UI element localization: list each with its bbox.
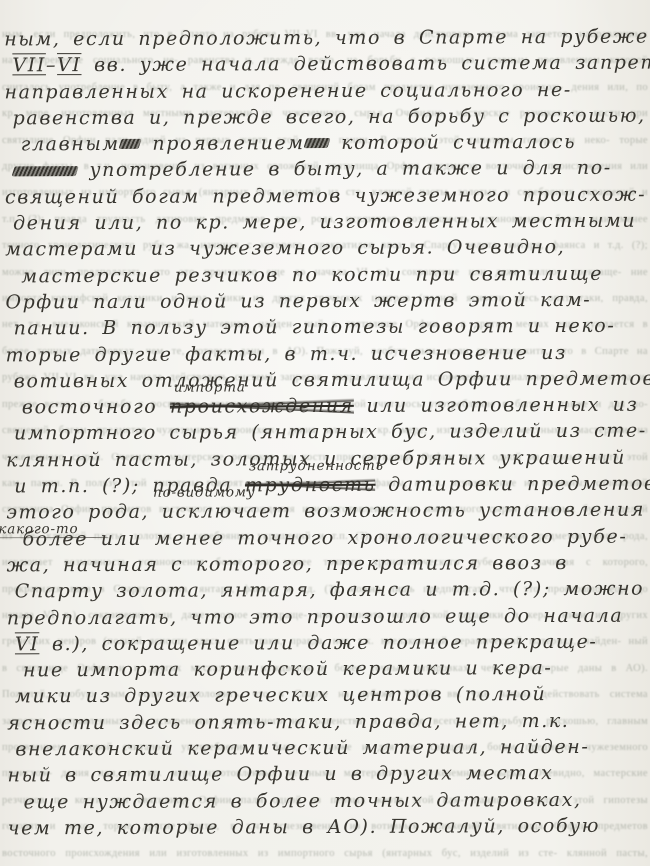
text-run: или изготовленных из xyxy=(354,394,639,417)
text-run: проявлением xyxy=(140,132,305,155)
struck-word: происхожденияимпорта xyxy=(170,395,354,418)
text-run: восточного xyxy=(22,396,170,419)
handwritten-line: ным, если предположить, что в Спарте на … xyxy=(4,25,644,54)
text-run: жа, начиная с которого, прекратился ввоз… xyxy=(7,552,568,576)
text-run: VI xyxy=(15,633,40,655)
text-run: ние импорта коринфской керамики и кера- xyxy=(23,657,552,681)
handwritten-line: мики из других греческих центров (полной xyxy=(15,682,647,711)
text-run: мастерами из чужеземного сырья. Очевидно… xyxy=(5,236,565,260)
text-run: ный в святилище Орфии и в других местах xyxy=(7,762,553,786)
handwritten-line: торые другие факты, в т.ч. исчезновение … xyxy=(6,340,646,369)
text-run: Спарту золота, янтаря, фаянса и т.д. (?)… xyxy=(15,578,650,603)
text-run: в.), сокращение или даже полное прекраще… xyxy=(39,631,597,655)
text-run: священий богам предметов чужеземного про… xyxy=(5,183,646,208)
handwritten-line: жа, начиная с которого, прекратился ввоз… xyxy=(7,551,647,580)
text-run: чем те, которые даны в АО). Пожалуй, осо… xyxy=(8,815,600,840)
text-run: пании. В пользу этой гипотезы говорят и … xyxy=(13,315,615,340)
handwritten-line: более или менее точного хронологического… xyxy=(22,524,646,553)
text-run: ясности здесь опять-таки, правда, нет, т… xyxy=(7,710,569,734)
handwritten-line: VII–VI вв. уже начала действовать систем… xyxy=(12,51,644,80)
scribble-mark xyxy=(118,139,141,149)
text-run: – xyxy=(46,54,57,76)
text-run: вотивных отложений святилища Орфии предм… xyxy=(14,367,650,392)
text-run: Орфии пали одной из первых жертв этой ка… xyxy=(5,289,591,314)
text-run: внелаконский керамический материал, найд… xyxy=(15,736,589,761)
text-run: равенства и, прежде всего, на борьбу с р… xyxy=(13,104,646,129)
text-run: вв. уже начала действовать система запре… xyxy=(81,52,650,77)
text-run: главным xyxy=(21,133,120,155)
text-run: ным, если предположить, что в Спарте на … xyxy=(4,26,649,51)
text-run: датировки предметов xyxy=(375,473,650,496)
handwritten-text-block: ным, если предположить, что в Спарте на … xyxy=(4,25,648,843)
scribble-mark xyxy=(303,138,330,148)
text-run: VII xyxy=(12,55,46,77)
handwritten-line: чем те, которые даны в АО). Пожалуй, осо… xyxy=(8,814,648,843)
text-run: еще нуждается в более точных датировках, xyxy=(24,788,582,812)
text-run: дения или, по кр. мере, изготовленных ме… xyxy=(13,210,636,235)
handwritten-line: VI в.), сокращение или даже полное прекр… xyxy=(15,629,647,658)
handwritten-line: ный в святилище Орфии и в других местах xyxy=(7,761,647,790)
handwritten-line: вотивных отложений святилища Орфии предм… xyxy=(14,366,646,395)
handwritten-line: ясности здесь опять-таки, правда, нет, т… xyxy=(7,708,647,737)
inserted-word: затрудненность xyxy=(249,460,384,474)
handwritten-line: мастерами из чужеземного сырья. Очевидно… xyxy=(5,235,645,264)
text-run: исключаетпо-видимому xyxy=(149,500,292,523)
handwritten-line: употребление в быту, а также и для по- xyxy=(13,156,645,185)
handwritten-line: священий богам предметов чужеземного про… xyxy=(5,182,645,211)
inserted-word: по-видимому xyxy=(153,487,255,500)
handwritten-line: главным проявлением которой считалось xyxy=(21,130,645,159)
text-run: этого рода,какого-то xyxy=(6,501,149,524)
scribble-mark xyxy=(12,166,79,176)
handwritten-line: Орфии пали одной из первых жертв этой ка… xyxy=(5,288,645,317)
text-run: направленных на искоренение социального … xyxy=(4,79,571,103)
text-run: употребление в быту, а также и для по- xyxy=(77,157,612,181)
text-run: торые другие факты, в т.ч. исчезновение … xyxy=(6,342,567,366)
handwritten-line: предполагать, что это произошло еще до н… xyxy=(7,603,647,632)
handwritten-line: внелаконский керамический материал, найд… xyxy=(15,735,647,764)
text-run: возможность установления xyxy=(292,499,645,523)
handwritten-line: импортного сырья (янтарных бус, изделий … xyxy=(14,419,646,448)
handwritten-line: направленных на искоренение социального … xyxy=(4,77,644,106)
text-run: VI xyxy=(57,54,82,76)
handwritten-line: восточного происхожденияимпорта или изго… xyxy=(22,393,646,422)
manuscript-page: ным, если предположить, что в Спарте на … xyxy=(0,0,650,866)
handwritten-line: пании. В пользу этой гипотезы говорят и … xyxy=(13,314,645,343)
handwritten-line: дения или, по кр. мере, изготовленных ме… xyxy=(13,209,645,238)
handwritten-line: этого рода,какого-то исключаетпо-видимом… xyxy=(6,498,646,527)
handwritten-line: равенства и, прежде всего, на борьбу с р… xyxy=(13,103,645,132)
text-run: предполагать, что это произошло еще до н… xyxy=(7,604,624,629)
text-run: импортного сырья (янтарных бус, изделий … xyxy=(14,420,647,445)
inserted-word: импорта xyxy=(174,382,246,395)
handwritten-line: еще нуждается в более точных датировках, xyxy=(24,787,648,816)
handwritten-line: мастерские резчиков по кости при святили… xyxy=(21,261,645,290)
handwritten-line: ние импорта коринфской керамики и кера- xyxy=(23,656,647,685)
handwritten-line: Спарту золота, янтаря, фаянса и т.д. (?)… xyxy=(15,577,647,606)
text-run: мастерские резчиков по кости при святили… xyxy=(21,262,603,287)
text-run: более или менее точного хронологического… xyxy=(22,525,627,550)
handwritten-line: и т.п. (?); правда трудностьзатрудненнос… xyxy=(14,472,646,501)
text-run: которой считалось xyxy=(329,131,577,154)
struck-word: трудностьзатрудненность xyxy=(245,474,376,497)
text-run: мики из других греческих центров (полной xyxy=(15,683,546,707)
